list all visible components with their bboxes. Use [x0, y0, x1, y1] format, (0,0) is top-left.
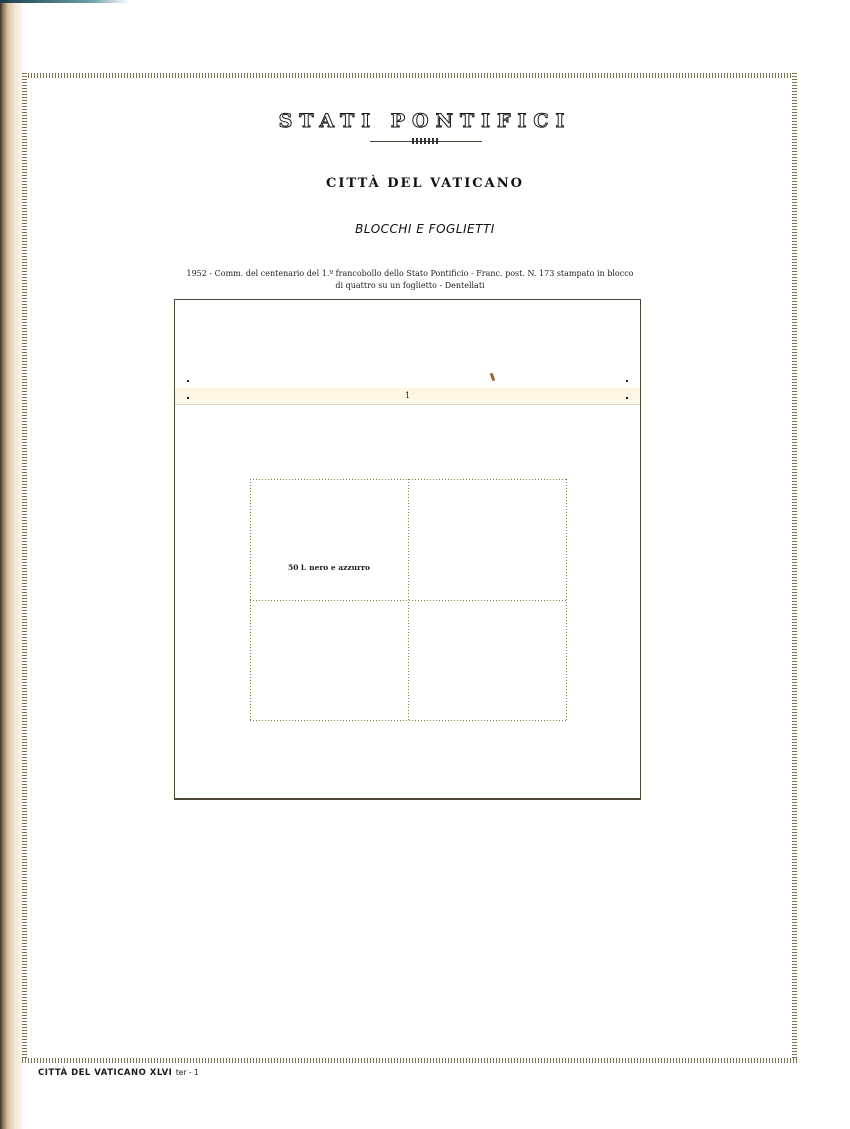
page-frame-bottom — [22, 1058, 797, 1063]
corner-dot — [626, 397, 628, 399]
corner-dot — [626, 380, 628, 382]
issue-caption-line-1: 1952 - Comm. del centenario del 1.º fran… — [170, 268, 650, 280]
album-binding-edge — [0, 0, 22, 1129]
stamp-space-top-right[interactable] — [408, 479, 567, 600]
page-subtitle: CITTÀ DEL VATICANO — [0, 176, 850, 191]
stamp-space-top-left[interactable]: 50 l. nero e azzurro — [250, 479, 408, 600]
scan-artifact — [0, 0, 130, 3]
souvenir-sheet-mount: 1 50 l. nero e azzurro — [174, 299, 641, 800]
selvage-strip: 1 — [175, 388, 640, 405]
page-footer: CITTÀ DEL VATICANO XLVI ter - 1 — [38, 1068, 199, 1078]
issue-caption-line-2: di quattro su un foglietto - Dentellati — [170, 280, 650, 292]
footer-country: CITTÀ DEL VATICANO XLVI — [38, 1068, 172, 1078]
stamp-space-bottom-left[interactable] — [250, 600, 408, 721]
corner-dot — [187, 380, 189, 382]
stamp-space-bottom-right[interactable] — [408, 600, 567, 721]
footer-page-number: ter - 1 — [176, 1068, 199, 1077]
page-title: STATI PONTIFICI — [0, 110, 850, 132]
page-frame-top — [22, 73, 797, 78]
section-heading: BLOCCHI E FOGLIETTI — [0, 222, 850, 236]
stamp-block-of-four: 50 l. nero e azzurro — [250, 479, 567, 721]
selvage-number: 1 — [175, 388, 640, 404]
paper-stain — [490, 373, 496, 382]
stamp-denomination-label: 50 l. nero e azzurro — [288, 563, 370, 572]
title-ornament-icon — [370, 138, 482, 144]
issue-caption: 1952 - Comm. del centenario del 1.º fran… — [170, 268, 650, 292]
corner-dot — [187, 397, 189, 399]
